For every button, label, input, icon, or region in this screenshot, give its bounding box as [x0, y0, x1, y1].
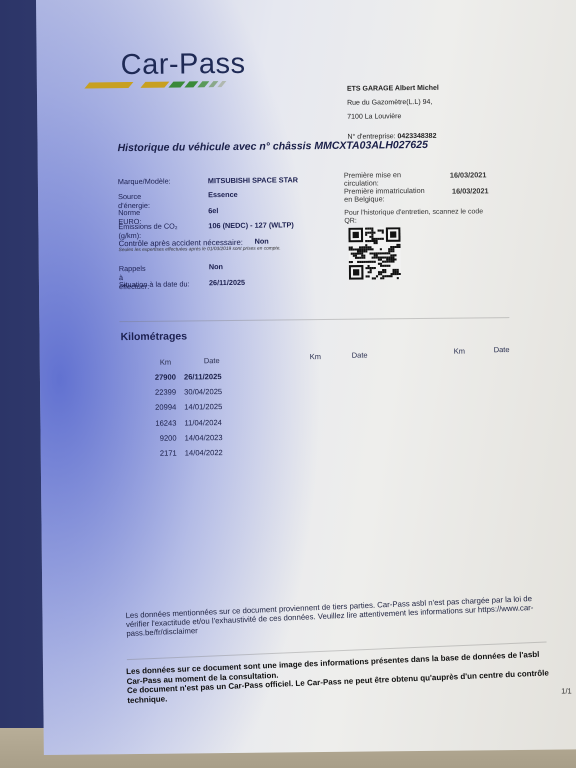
logo-bar [140, 82, 169, 88]
col-km-3: Km [454, 347, 465, 356]
km-value: 22399 [136, 388, 176, 397]
car-pass-logo: Car-Pass [87, 48, 246, 93]
official-notice: Les données sur ce document sont une ima… [126, 649, 557, 705]
accident-value: Non [254, 237, 268, 246]
section-divider [119, 317, 509, 322]
col-km-2: Km [310, 352, 321, 361]
first-circulation-date: 16/03/2021 [450, 170, 487, 179]
recalls-value: Non [209, 262, 223, 271]
date-value: 14/04/2022 [185, 448, 223, 457]
date-value: 30/04/2025 [184, 387, 222, 396]
co2-value: 106 (NEDC) - 127 (WLTP) [208, 220, 294, 230]
logo-bar [217, 81, 226, 87]
co2-label: Émissions de CO₂(g/km): [118, 222, 177, 241]
table-row: 2790026/11/2025 [136, 372, 246, 373]
date-value: 14/01/2025 [184, 402, 222, 411]
accident-note: Seules les expertises effectuées après l… [119, 246, 281, 253]
first-registration-label: Première immatriculationen Belgique: [344, 187, 425, 204]
qr-hint: Pour l'historique d'entretien, scannez l… [344, 208, 494, 226]
table-row: 2239930/04/2025 [136, 387, 246, 388]
km-value: 2171 [137, 449, 177, 458]
energy-value: Essence [208, 190, 238, 199]
make-model-value: MITSUBISHI SPACE STAR [208, 175, 298, 185]
km-value: 9200 [137, 433, 177, 442]
table-row: 217114/04/2022 [137, 448, 247, 449]
disclaimer-text: Les données mentionnées sur ce document … [125, 593, 556, 638]
col-date-1: Date [204, 356, 220, 365]
logo-bar [84, 82, 133, 89]
km-value: 16243 [136, 418, 176, 427]
logo-text: Car-Pass [121, 48, 246, 82]
table-row: 920014/04/2023 [137, 433, 247, 434]
page-title: Historique du véhicule avec n° châssis M… [117, 139, 427, 154]
garage-street: Rue du Gazomètre(L.L) 94, [347, 96, 439, 111]
garage-address: ETS GARAGE Albert Michel Rue du Gazomètr… [347, 82, 440, 145]
mileage-title: Kilométrages [120, 330, 187, 343]
km-value: 20994 [136, 403, 176, 412]
col-km-1: Km [160, 358, 171, 367]
situation-label: Situation à la date du: [119, 279, 190, 289]
date-value: 26/11/2025 [184, 372, 222, 381]
garage-city: 7100 La Louvière [347, 110, 439, 125]
date-value: 11/04/2024 [184, 418, 222, 427]
col-date-3: Date [494, 345, 510, 354]
garage-name: ETS GARAGE Albert Michel [347, 85, 439, 93]
euro-value: 6el [208, 206, 218, 215]
logo-bar [168, 81, 185, 87]
page-number: 1/1 [561, 686, 572, 695]
table-row: 1624311/04/2024 [136, 417, 246, 418]
table-row: 2099414/01/2025 [136, 402, 246, 403]
logo-bars-icon [87, 81, 246, 93]
col-date-2: Date [352, 351, 368, 360]
qr-code-icon[interactable] [348, 227, 401, 280]
km-value: 27900 [136, 373, 176, 382]
make-model-label: Marque/Modèle: [118, 177, 171, 187]
car-pass-document: Car-Pass ETS GARAGE Albert Michel Rue du… [36, 0, 576, 755]
situation-date: 26/11/2025 [209, 278, 245, 287]
first-registration-date: 16/03/2021 [452, 186, 489, 195]
date-value: 14/04/2023 [185, 433, 223, 442]
